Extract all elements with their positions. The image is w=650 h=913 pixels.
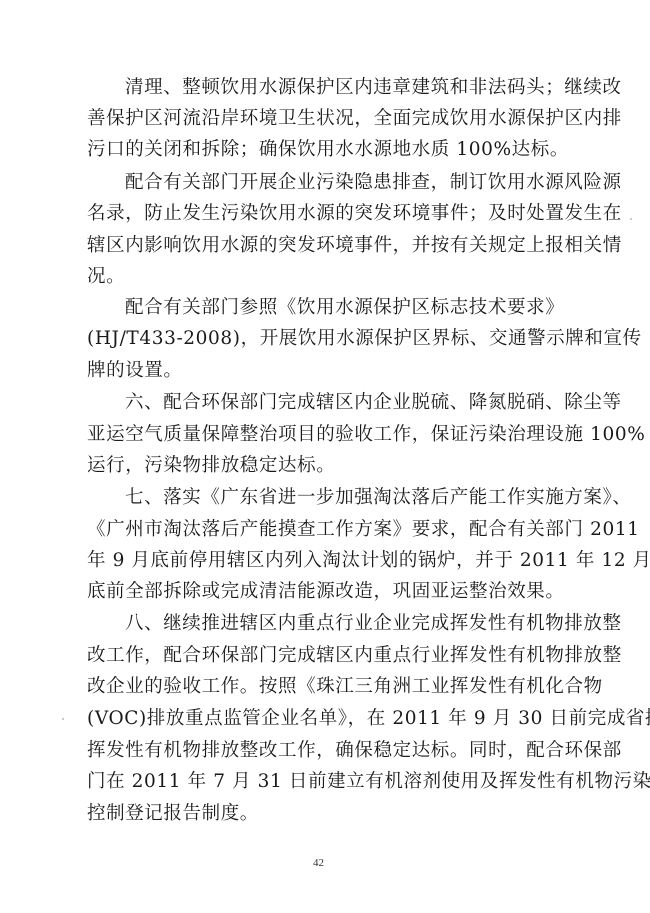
text-line: 配合有关部门开展企业污染隐患排查，制订饮用水源风险源 bbox=[125, 172, 557, 194]
text-line: 善保护区河流沿岸环境卫生状况，全面完成饮用水源保护区内排 bbox=[87, 108, 557, 130]
text-line: (HJ/T433-2008)，开展饮用水源保护区界标、交通警示牌和宣传 bbox=[87, 328, 557, 350]
text-line: 底前全部拆除或完成清洁能源改造，巩固亚运整治效果。 bbox=[87, 581, 557, 603]
text-line: 牌的设置。 bbox=[87, 360, 557, 382]
document-page: 清理、整顿饮用水源保护区内违章建筑和非法码头；继续改 善保护区河流沿岸环境卫生状… bbox=[0, 0, 650, 913]
text-line: (VOC)排放重点监管企业名单》，在 2011 年 9 月 30 日前完成省控 bbox=[87, 708, 557, 730]
text-line: 名录，防止发生污染饮用水源的突发环境事件；及时处置发生在 bbox=[87, 203, 557, 225]
text-line: 污口的关闭和拆除；确保饮用水水源地水质 100%达标。 bbox=[87, 139, 557, 161]
text-line: 八、继续推进辖区内重点行业企业完成挥发性有机物排放整 bbox=[125, 613, 557, 635]
scan-speck bbox=[62, 718, 64, 720]
text-line: 七、落实《广东省进一步加强淘汰落后产能工作实施方案》、 bbox=[125, 487, 557, 509]
text-line: 门在 2011 年 7 月 31 日前建立有机溶剂使用及挥发性有机物污染 bbox=[87, 771, 557, 793]
text-line: 改企业的验收工作。按照《珠江三角洲工业挥发性有机化合物 bbox=[87, 676, 557, 698]
scan-speck bbox=[630, 218, 632, 220]
text-line: 配合有关部门参照《饮用水源保护区标志技术要求》 bbox=[125, 297, 557, 319]
text-line: 运行，污染物排放稳定达标。 bbox=[87, 455, 557, 477]
text-line: 年 9 月底前停用辖区内列入淘汰计划的锅炉，并于 2011 年 12 月 bbox=[87, 550, 557, 572]
text-line: 控制登记报告制度。 bbox=[87, 803, 557, 825]
text-line: 况。 bbox=[87, 266, 557, 288]
text-line: 清理、整顿饮用水源保护区内违章建筑和非法码头；继续改 bbox=[125, 77, 557, 99]
text-line: 挥发性有机物排放整改工作，确保稳定达标。同时，配合环保部 bbox=[87, 740, 557, 762]
text-line: 辖区内影响饮用水源的突发环境事件，并按有关规定上报相关情 bbox=[87, 235, 557, 257]
text-line: 亚运空气质量保障整治项目的验收工作，保证污染治理设施 100% bbox=[87, 424, 557, 446]
text-line: 改工作，配合环保部门完成辖区内重点行业挥发性有机物排放整 bbox=[87, 645, 557, 667]
text-line: 《广州市淘汰落后产能摸查工作方案》要求，配合有关部门 2011 bbox=[87, 519, 557, 541]
text-line: 六、配合环保部门完成辖区内企业脱硫、降氮脱硝、除尘等 bbox=[125, 392, 557, 414]
page-number: 42 bbox=[313, 857, 324, 869]
